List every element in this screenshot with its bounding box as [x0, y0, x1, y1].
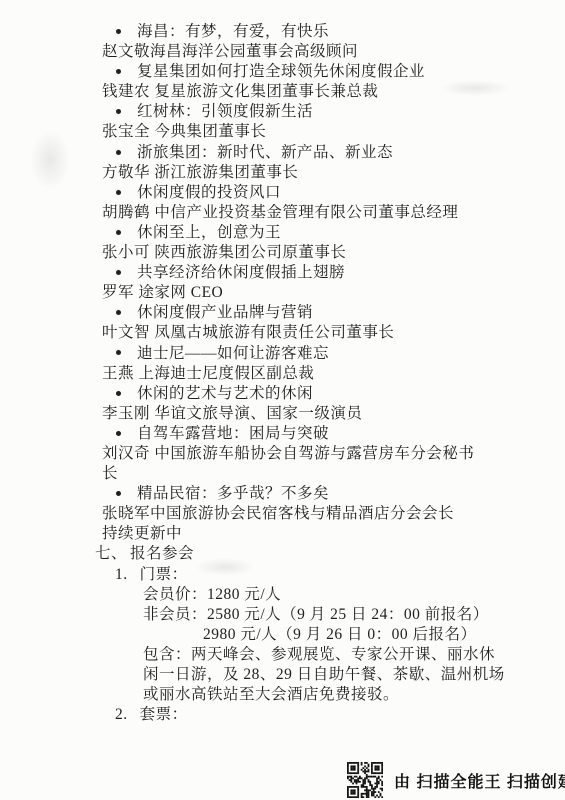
agenda-speaker-line: 赵文敬海昌海洋公园董事会高级顾问	[0, 42, 565, 62]
topic-text: 休闲的艺术与艺术的休闲	[137, 385, 313, 402]
bullet-icon	[116, 270, 121, 275]
bullet-icon	[116, 69, 121, 74]
item-number: 2.	[115, 706, 128, 723]
item-text: 套票：	[140, 706, 188, 723]
topic-text: 休闲至上，创意为王	[137, 224, 281, 241]
registration-detail-line: 包含：两天峰会、参观展览、专家公开课、丽水休	[0, 645, 565, 665]
registration-numbered-line: 2.套票：	[0, 705, 565, 725]
section-heading: 七、报名参会	[0, 544, 565, 564]
document-lines: 海昌：有梦，有爱，有快乐赵文敬海昌海洋公园董事会高级顾问复星集团如何打造全球领先…	[0, 22, 565, 725]
item-number: 1.	[115, 566, 128, 583]
agenda-speaker-line: 张晓军中国旅游协会民宿客栈与精品酒店分会会长	[0, 504, 565, 524]
agenda-speaker-line: 叶文智 凤凰古城旅游有限责任公司董事长	[0, 323, 565, 343]
topic-text: 自驾车露营地：困局与突破	[137, 425, 329, 442]
registration-detail-line: 闲一日游，及 28、29 日自助午餐、茶歇、温州机场	[0, 665, 565, 685]
bullet-icon	[116, 431, 121, 436]
agenda-topic-line: 迪士尼——如何让游客难忘	[0, 344, 565, 364]
bullet-icon	[116, 150, 121, 155]
section-number: 七、	[95, 545, 127, 562]
agenda-speaker-line: 钱建农 复星旅游文化集团董事长兼总裁	[0, 82, 565, 102]
registration-detail-line: 会员价：1280 元/人	[0, 585, 565, 605]
agenda-speaker-line: 李玉刚 华谊文旅导演、国家一级演员	[0, 404, 565, 424]
agenda-speaker-line: 胡腾鹤 中信产业投资基金管理有限公司董事总经理	[0, 203, 565, 223]
topic-text: 精品民宿：多乎哉？不多矣	[137, 485, 329, 502]
bullet-icon	[116, 190, 121, 195]
registration-detail-line: 非会员：2580 元/人（9 月 25 日 24：00 前报名）	[0, 605, 565, 625]
agenda-speaker-line: 方敬华 浙江旅游集团董事长	[0, 163, 565, 183]
topic-text: 休闲度假产业品牌与营销	[137, 304, 313, 321]
agenda-topic-line: 休闲至上，创意为王	[0, 223, 565, 243]
agenda-topic-line: 共享经济给休闲度假插上翅膀	[0, 263, 565, 283]
agenda-speaker-line: 持续更新中	[0, 524, 565, 544]
created-by-note: 由 扫描全能王 扫描创建	[394, 769, 565, 792]
topic-text: 共享经济给休闲度假插上翅膀	[137, 264, 345, 281]
item-text: 门票：	[140, 566, 188, 583]
bullet-icon	[116, 350, 121, 355]
bullet-icon	[116, 310, 121, 315]
bullet-icon	[116, 109, 121, 114]
topic-text: 复星集团如何打造全球领先休闲度假企业	[137, 63, 425, 80]
scanner-footer: 由 扫描全能王 扫描创建	[347, 762, 565, 798]
agenda-topic-line: 休闲的艺术与艺术的休闲	[0, 384, 565, 404]
bullet-icon	[116, 491, 121, 496]
registration-detail-line: 或丽水高铁站至大会酒店免费接驳。	[0, 685, 565, 705]
agenda-speaker-line: 张小可 陕西旅游集团公司原董事长	[0, 243, 565, 263]
bullet-icon	[116, 230, 121, 235]
agenda-speaker-line: 长	[0, 464, 565, 484]
topic-text: 红树林：引领度假新生活	[137, 103, 313, 120]
agenda-speaker-line: 张宝全 今典集团董事长	[0, 122, 565, 142]
agenda-topic-line: 休闲度假的投资风口	[0, 183, 565, 203]
agenda-topic-line: 浙旅集团：新时代、新产品、新业态	[0, 143, 565, 163]
agenda-topic-line: 红树林：引领度假新生活	[0, 102, 565, 122]
bullet-icon	[116, 391, 121, 396]
agenda-topic-line: 复星集团如何打造全球领先休闲度假企业	[0, 62, 565, 82]
topic-text: 迪士尼——如何让游客难忘	[137, 345, 329, 362]
agenda-topic-line: 休闲度假产业品牌与营销	[0, 303, 565, 323]
agenda-topic-line: 精品民宿：多乎哉？不多矣	[0, 484, 565, 504]
section-title: 报名参会	[130, 545, 194, 562]
agenda-speaker-line: 罗军 途家网 CEO	[0, 283, 565, 303]
scanned-document-page: 海昌：有梦，有爱，有快乐赵文敬海昌海洋公园董事会高级顾问复星集团如何打造全球领先…	[0, 0, 565, 800]
agenda-topic-line: 海昌：有梦，有爱，有快乐	[0, 22, 565, 42]
agenda-topic-line: 自驾车露营地：困局与突破	[0, 424, 565, 444]
bullet-icon	[116, 29, 121, 34]
topic-text: 休闲度假的投资风口	[137, 184, 281, 201]
agenda-speaker-line: 王燕 上海迪士尼度假区副总裁	[0, 364, 565, 384]
registration-detail-line: 2980 元/人（9 月 26 日 0：00 后报名）	[0, 625, 565, 645]
qr-code-icon	[347, 762, 383, 798]
registration-numbered-line: 1.门票：	[0, 565, 565, 585]
topic-text: 海昌：有梦，有爱，有快乐	[137, 23, 329, 40]
topic-text: 浙旅集团：新时代、新产品、新业态	[137, 144, 393, 161]
agenda-speaker-line: 刘汉奇 中国旅游车船协会自驾游与露营房车分会秘书	[0, 444, 565, 464]
